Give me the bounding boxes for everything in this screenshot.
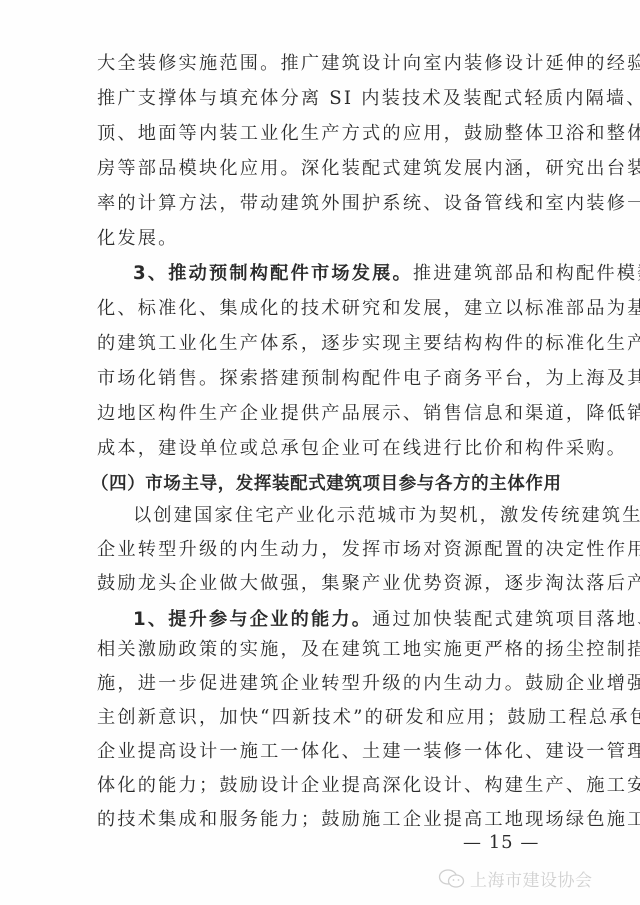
text-line: 房等部品模块化应用。深化装配式建筑发展内涵，研究出台装配 xyxy=(97,159,543,179)
wechat-icon xyxy=(438,868,466,890)
text-line: 的建筑工业化生产体系，逐步实现主要结构构件的标准化生产和 xyxy=(97,334,543,354)
text-line: 施，进一步促进建筑企业转型升级的内生动力。鼓励企业增强自 xyxy=(97,674,543,694)
text-line: 边地区构件生产企业提供产品展示、销售信息和渠道，降低销售 xyxy=(97,404,543,424)
item-3-title: 3、推动预制构配件市场发展。 xyxy=(133,263,413,284)
document-page: 大全装修实施范围。推广建筑设计向室内装修设计延伸的经验， 推广支撑体与填充体分离… xyxy=(0,0,640,905)
text-line: 相关激励政策的实施，及在建筑工地实施更严格的扬尘控制措 xyxy=(97,640,543,660)
item-1-first-line: 1、提升参与企业的能力。通过加快装配式建筑项目落地、 xyxy=(133,610,543,630)
text-line: 企业转型升级的内生动力，发挥市场对资源配置的决定性作用， xyxy=(97,540,543,560)
text-line: 主创新意识，加快“四新技术”的研发和应用；鼓励工程总承包 xyxy=(97,708,543,728)
text-line: 大全装修实施范围。推广建筑设计向室内装修设计延伸的经验， xyxy=(97,54,543,74)
text-line: 成本，建设单位或总承包企业可在线进行比价和构件采购。 xyxy=(97,439,543,459)
watermark-text: 上海市建设协会 xyxy=(470,866,593,891)
text-line: 率的计算方法，带动建筑外围护系统、设备管线和室内装修一体 xyxy=(97,194,543,214)
text-line: 的技术集成和服务能力；鼓励施工企业提高工地现场绿色施工、 xyxy=(97,810,543,830)
text-line: 以创建国家住宅产业化示范城市为契机，激发传统建筑生产 xyxy=(133,506,543,526)
text-line: 市场化销售。探索搭建预制构配件电子商务平台，为上海及其周 xyxy=(97,369,543,389)
text-line: 化、标准化、集成化的技术研究和发展，建立以标准部品为基础 xyxy=(97,299,543,319)
page-number: — 15 — xyxy=(463,832,539,853)
item-3-text: 推进建筑部品和构配件模数 xyxy=(413,263,640,284)
item-1-title: 1、提升参与企业的能力。 xyxy=(133,609,372,630)
section-heading: （四）市场主导，发挥装配式建筑项目参与各方的主体作用 xyxy=(91,474,537,494)
text-line: 体化的能力；鼓励设计企业提高深化设计、构建生产、施工安装 xyxy=(97,776,543,796)
watermark: 上海市建设协会 xyxy=(438,866,593,891)
item-1-text: 通过加快装配式建筑项目落地、 xyxy=(372,609,640,630)
text-line: 推广支撑体与填充体分离 SI 内装技术及装配式轻质内隔墙、吊 xyxy=(97,89,543,109)
item-3-first-line: 3、推动预制构配件市场发展。推进建筑部品和构配件模数 xyxy=(133,264,543,284)
text-line: 鼓励龙头企业做大做强，集聚产业优势资源，逐步淘汰落后产能。 xyxy=(97,574,543,594)
text-line: 顶、地面等内装工业化生产方式的应用，鼓励整体卫浴和整体厨 xyxy=(97,124,543,144)
text-line: 化发展。 xyxy=(97,229,543,249)
text-line: 企业提高设计一施工一体化、土建一装修一体化、建设一管理一 xyxy=(97,742,543,762)
